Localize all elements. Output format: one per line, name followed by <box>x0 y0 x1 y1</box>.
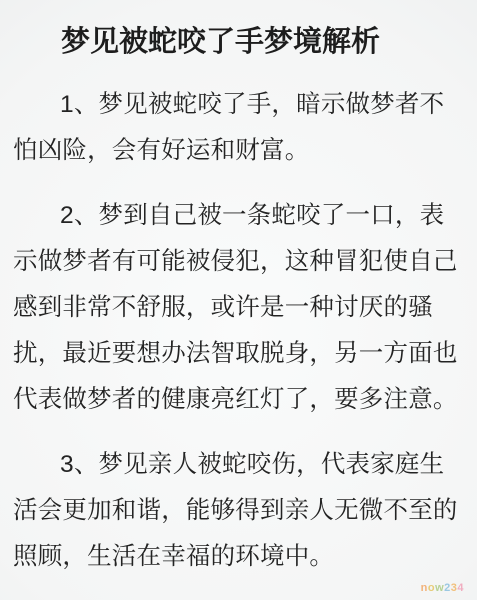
watermark-logo: now234 <box>421 582 464 594</box>
paragraph-line: 照顾，生活在幸福的环境中。 <box>13 534 461 580</box>
paragraph-line: 1、梦见被蛇咬了手，暗示做梦者不 <box>13 82 461 128</box>
paragraph-line: 活会更加和谐，能够得到亲人无微不至的 <box>13 488 461 534</box>
watermark-char: n <box>421 582 428 594</box>
watermark-char: w <box>435 582 444 594</box>
paragraph-line: 怕凶险，会有好运和财富。 <box>13 128 461 174</box>
watermark-char: 2 <box>444 582 451 594</box>
watermark-char: o <box>428 582 435 594</box>
paragraph-1: 1、梦见被蛇咬了手，暗示做梦者不 怕凶险，会有好运和财富。 <box>13 82 461 174</box>
paragraph-3: 3、梦见亲人被蛇咬伤，代表家庭生 活会更加和谐，能够得到亲人无微不至的 照顾，生… <box>13 442 461 580</box>
article-title: 梦见被蛇咬了手梦境解析 <box>61 24 461 60</box>
watermark-char: 4 <box>457 582 464 594</box>
article-page: 梦见被蛇咬了手梦境解析 1、梦见被蛇咬了手，暗示做梦者不 怕凶险，会有好运和财富… <box>0 0 477 600</box>
paragraph-line: 扰，最近要想办法智取脱身，另一方面也 <box>13 331 461 377</box>
paragraph-line: 3、梦见亲人被蛇咬伤，代表家庭生 <box>13 442 461 488</box>
paragraph-line: 感到非常不舒服，或许是一种讨厌的骚 <box>13 285 461 331</box>
paragraph-line: 2、梦到自己被一条蛇咬了一口，表 <box>13 193 461 239</box>
paragraph-2: 2、梦到自己被一条蛇咬了一口，表 示做梦者有可能被侵犯，这种冒犯使自己 感到非常… <box>13 193 461 423</box>
paragraph-line: 代表做梦者的健康亮红灯了，要多注意。 <box>13 377 461 423</box>
paragraph-line: 示做梦者有可能被侵犯，这种冒犯使自己 <box>13 239 461 285</box>
